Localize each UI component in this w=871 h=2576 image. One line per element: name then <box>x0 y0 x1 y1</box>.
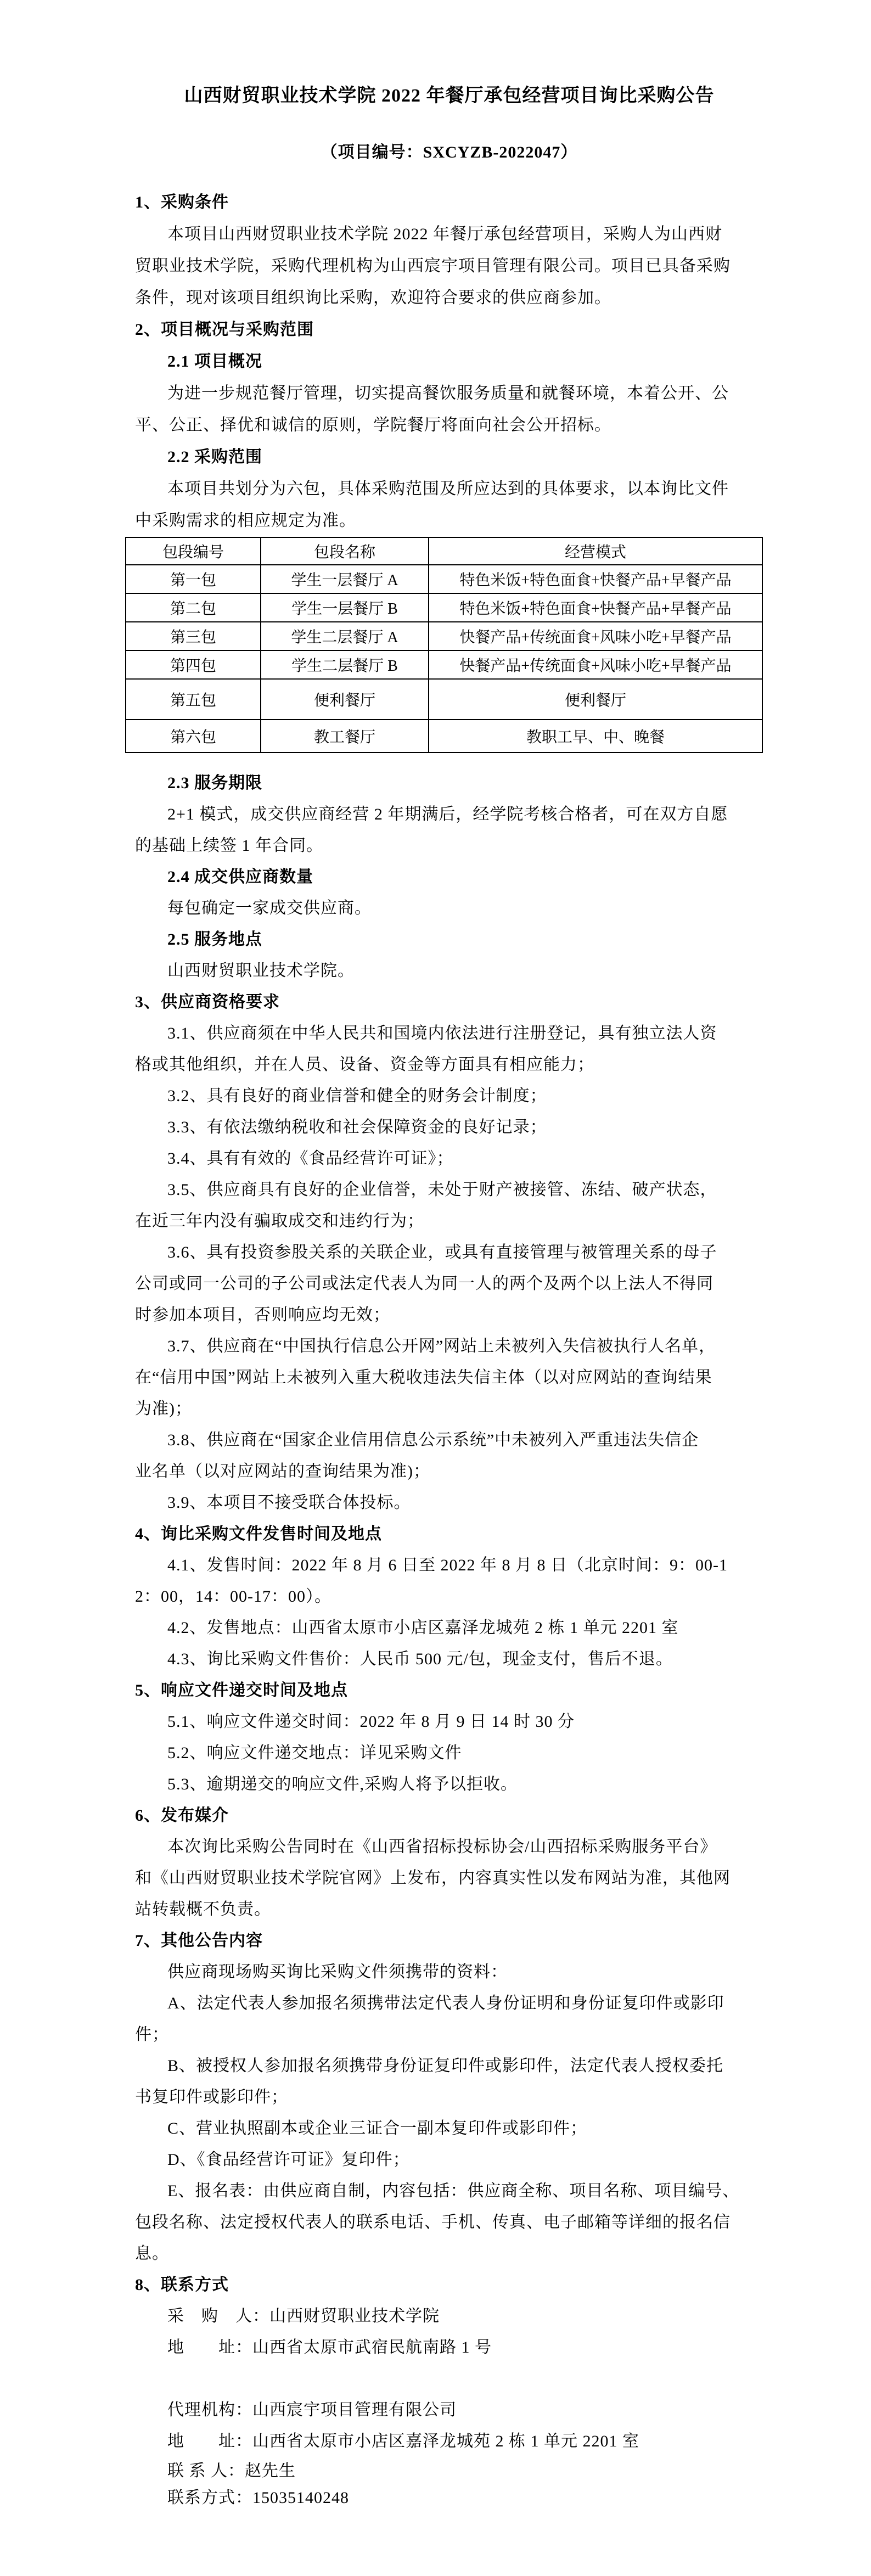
section-2-3-line: 2+1 模式，成交供应商经营 2 年期满后，经学院考核合格者，可在双方自愿 <box>135 799 763 830</box>
section-2-heading: 2、项目概况与采购范围 <box>135 314 763 346</box>
cell-package-name: 学生二层餐厅 B <box>261 650 429 679</box>
table-row: 第五包 便利餐厅 便利餐厅 <box>126 679 762 720</box>
cell-package-number: 第一包 <box>126 565 261 593</box>
package-table: 包段编号 包段名称 经营模式 第一包 学生一层餐厅 A 特色米饭+特色面食+快餐… <box>125 537 763 753</box>
section-1-heading: 1、采购条件 <box>135 187 763 218</box>
project-number: （项目编号：SXCYZB-2022047） <box>135 136 763 169</box>
section-3-line: 3.1、供应商须在中华人民共和国境内依法进行注册登记，具有独立法人资 <box>135 1018 763 1049</box>
section-3-line: 3.8、供应商在“国家企业信用信息公示系统”中未被列入严重违法失信企 <box>135 1424 763 1456</box>
section-6-line: 和《山西财贸职业技术学院官网》上发布，内容真实性以发布网站为准，其他网 <box>135 1862 763 1894</box>
cell-business-mode: 特色米饭+特色面食+快餐产品+早餐产品 <box>429 593 762 622</box>
section-2-4-line: 每包确定一家成交供应商。 <box>135 893 763 924</box>
section-3-line: 3.6、具有投资参股关系的关联企业，或具有直接管理与被管理关系的母子 <box>135 1237 763 1268</box>
section-2-5-line: 山西财贸职业技术学院。 <box>135 955 763 986</box>
table-header-package-number: 包段编号 <box>126 537 261 565</box>
cell-business-mode: 便利餐厅 <box>429 679 762 720</box>
contact-phone-line: 联系方式：15035140248 <box>135 2485 763 2511</box>
section-7-line: C、营业执照副本或企业三证合一副本复印件或影印件； <box>135 2113 763 2144</box>
section-2-3-heading: 2.3 服务期限 <box>135 767 763 799</box>
section-3-line: 在“信用中国”网站上未被列入重大税收违法失信主体（以对应网站的查询结果 <box>135 1362 763 1393</box>
section-1-line: 贸职业技术学院，采购代理机构为山西宸宇项目管理有限公司。项目已具备采购 <box>135 250 763 282</box>
table-row: 第二包 学生一层餐厅 B 特色米饭+特色面食+快餐产品+早餐产品 <box>126 593 762 622</box>
buyer-address-line: 地 址：山西省太原市武宿民航南路 1 号 <box>135 2332 763 2363</box>
cell-package-name: 学生一层餐厅 A <box>261 565 429 593</box>
table-row: 第三包 学生二层餐厅 A 快餐产品+传统面食+风味小吃+早餐产品 <box>126 622 762 650</box>
table-row: 第一包 学生一层餐厅 A 特色米饭+特色面食+快餐产品+早餐产品 <box>126 565 762 593</box>
table-header-business-mode: 经营模式 <box>429 537 762 565</box>
section-3-line: 业名单（以对应网站的查询结果为准)； <box>135 1456 763 1487</box>
section-7-line: 件； <box>135 2019 763 2050</box>
section-4-heading: 4、询比采购文件发售时间及地点 <box>135 1518 763 1550</box>
section-5-line: 5.3、逾期递交的响应文件,采购人将予以拒收。 <box>135 1769 763 1800</box>
cell-package-number: 第二包 <box>126 593 261 622</box>
section-7-line: D、《食品经营许可证》复印件； <box>135 2144 763 2175</box>
announcement-document: 山西财贸职业技术学院 2022 年餐厅承包经营项目询比采购公告 （项目编号：SX… <box>0 0 871 2576</box>
section-5-line: 5.2、响应文件递交地点：详见采购文件 <box>135 1737 763 1769</box>
cell-package-name: 便利餐厅 <box>261 679 429 720</box>
section-2-2-line: 本项目共划分为六包，具体采购范围及所应达到的具体要求，以本询比文件 <box>135 473 763 505</box>
section-7-line: 息。 <box>135 2238 763 2269</box>
cell-business-mode: 特色米饭+特色面食+快餐产品+早餐产品 <box>429 565 762 593</box>
section-5-heading: 5、响应文件递交时间及地点 <box>135 1675 763 1706</box>
section-1-line: 条件，现对该项目组织询比采购，欢迎符合要求的供应商参加。 <box>135 282 763 314</box>
cell-package-name: 学生一层餐厅 B <box>261 593 429 622</box>
section-3-line: 在近三年内没有骗取成交和违约行为； <box>135 1205 763 1237</box>
cell-package-number: 第六包 <box>126 720 261 753</box>
section-3-line: 3.5、供应商具有良好的企业信誉，未处于财产被接管、冻结、破产状态， <box>135 1174 763 1205</box>
section-7-line: B、被授权人参加报名须携带身份证复印件或影印件，法定代表人授权委托 <box>135 2050 763 2081</box>
section-8-heading: 8、联系方式 <box>135 2269 763 2300</box>
section-7-line: 包段名称、法定授权代表人的联系电话、手机、传真、电子邮箱等详细的报名信 <box>135 2207 763 2238</box>
section-2-2-heading: 2.2 采购范围 <box>135 441 763 473</box>
section-2-1-heading: 2.1 项目概况 <box>135 346 763 378</box>
section-5-line: 5.1、响应文件递交时间：2022 年 8 月 9 日 14 时 30 分 <box>135 1706 763 1737</box>
table-row: 第六包 教工餐厅 教职工早、中、晚餐 <box>126 720 762 753</box>
section-3-line: 为准)； <box>135 1393 763 1424</box>
section-3-line: 3.9、本项目不接受联合体投标。 <box>135 1487 763 1518</box>
section-2-5-heading: 2.5 服务地点 <box>135 924 763 955</box>
cell-business-mode: 教职工早、中、晚餐 <box>429 720 762 753</box>
cell-business-mode: 快餐产品+传统面食+风味小吃+早餐产品 <box>429 622 762 650</box>
agency-name-line: 代理机构：山西宸宇项目管理有限公司 <box>135 2394 763 2426</box>
cell-package-name: 学生二层餐厅 A <box>261 622 429 650</box>
section-6-heading: 6、发布媒介 <box>135 1800 763 1831</box>
section-2-4-heading: 2.4 成交供应商数量 <box>135 861 763 893</box>
section-6-line: 本次询比采购公告同时在《山西省招标投标协会/山西招标采购服务平台》 <box>135 1831 763 1862</box>
section-3-line: 格或其他组织，并在人员、设备、资金等方面具有相应能力； <box>135 1049 763 1080</box>
section-2-1-line: 为进一步规范餐厅管理，切实提高餐饮服务质量和就餐环境，本着公开、公 <box>135 378 763 409</box>
buyer-name-line: 采 购 人：山西财贸职业技术学院 <box>135 2300 763 2332</box>
section-1-line: 本项目山西财贸职业技术学院 2022 年餐厅承包经营项目，采购人为山西财 <box>135 218 763 250</box>
table-row: 第四包 学生二层餐厅 B 快餐产品+传统面食+风味小吃+早餐产品 <box>126 650 762 679</box>
section-7-line: A、法定代表人参加报名须携带法定代表人身份证明和身份证复印件或影印 <box>135 1988 763 2019</box>
section-2-2-line: 中采购需求的相应规定为准。 <box>135 505 763 537</box>
section-3-line: 3.4、具有有效的《食品经营许可证》； <box>135 1143 763 1174</box>
section-3-line: 时参加本项目，否则响应均无效； <box>135 1299 763 1331</box>
agency-address-line: 地 址：山西省太原市小店区嘉泽龙城苑 2 栋 1 单元 2201 室 <box>135 2426 763 2457</box>
section-2-1-line: 平、公正、择优和诚信的原则，学院餐厅将面向社会公开招标。 <box>135 409 763 441</box>
section-3-line: 公司或同一公司的子公司或法定代表人为同一人的两个及两个以上法人不得同 <box>135 1268 763 1299</box>
section-7-line: 书复印件或影印件； <box>135 2081 763 2113</box>
section-3-line: 3.3、有依法缴纳税收和社会保障资金的良好记录； <box>135 1112 763 1143</box>
section-2-3-line: 的基础上续签 1 年合同。 <box>135 830 763 861</box>
section-3-line: 3.2、具有良好的商业信誉和健全的财务会计制度； <box>135 1080 763 1112</box>
table-header-package-name: 包段名称 <box>261 537 429 565</box>
cell-business-mode: 快餐产品+传统面食+风味小吃+早餐产品 <box>429 650 762 679</box>
table-header-row: 包段编号 包段名称 经营模式 <box>126 537 762 565</box>
section-4-line: 4.2、发售地点：山西省太原市小店区嘉泽龙城苑 2 栋 1 单元 2201 室 <box>135 1612 763 1643</box>
page-title: 山西财贸职业技术学院 2022 年餐厅承包经营项目询比采购公告 <box>135 80 763 113</box>
cell-package-number: 第四包 <box>126 650 261 679</box>
contact-person-line: 联 系 人：赵先生 <box>135 2457 763 2485</box>
section-3-heading: 3、供应商资格要求 <box>135 986 763 1018</box>
section-6-line: 站转载概不负责。 <box>135 1894 763 1925</box>
blank-line <box>135 2363 763 2394</box>
section-4-line: 2：00，14：00-17：00）。 <box>135 1581 763 1612</box>
section-3-line: 3.7、供应商在“中国执行信息公开网”网站上未被列入失信被执行人名单， <box>135 1331 763 1362</box>
section-4-line: 4.1、发售时间：2022 年 8 月 6 日至 2022 年 8 月 8 日（… <box>135 1550 763 1581</box>
section-7-heading: 7、其他公告内容 <box>135 1925 763 1956</box>
cell-package-name: 教工餐厅 <box>261 720 429 753</box>
cell-package-number: 第三包 <box>126 622 261 650</box>
section-4-line: 4.3、询比采购文件售价：人民币 500 元/包，现金支付，售后不退。 <box>135 1643 763 1675</box>
section-7-line: E、报名表：由供应商自制，内容包括：供应商全称、项目名称、项目编号、 <box>135 2175 763 2207</box>
cell-package-number: 第五包 <box>126 679 261 720</box>
section-7-line: 供应商现场购买询比采购文件须携带的资料： <box>135 1956 763 1988</box>
